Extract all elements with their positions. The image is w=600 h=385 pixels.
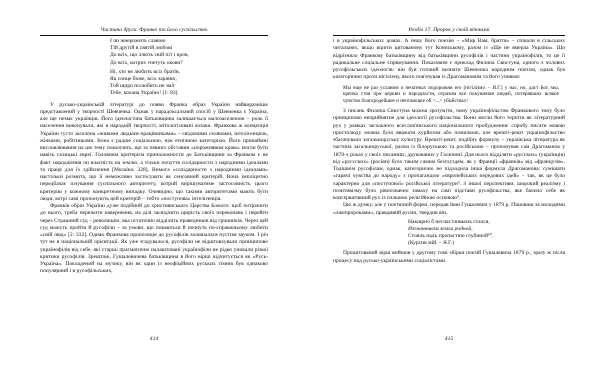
- right-page: Розділ 17. Пророк у своїй вітчизні і в у…: [333, 0, 565, 385]
- running-head-right: Розділ 17. Пророк у своїй вітчизні: [333, 27, 565, 34]
- running-head-left: Частина друга. Франко та його суспільств…: [40, 27, 268, 34]
- poem-line: Тебе, кохана Україно! [1: 83]: [110, 90, 268, 97]
- body-paragraph: З писань Филипа Свистуна можна зрозуміти…: [333, 108, 565, 202]
- poem-stanza-2: Ні, хто не любить всіх братів, Як сонце …: [110, 69, 268, 98]
- body-paragraph: Процитований вірш вийшов у другому томі …: [333, 250, 565, 265]
- poem-line: До всіх, котрих гнетуть окови?: [110, 60, 268, 67]
- block-quote: Мы еще не раз усланим о печатных подорож…: [343, 85, 559, 106]
- poem-excerpt: Наківрно б несчастливымъ стался, Изгнанн…: [408, 219, 565, 247]
- header-rule-left: [40, 35, 268, 36]
- body-paragraph: і в українофільських домах. А іншу його …: [333, 38, 565, 82]
- poem-stanza-1: І чи жнерожить славою Тій другій в святі…: [110, 38, 268, 67]
- body-paragraph: Цю ж думку, але у поетичній формі, перед…: [333, 202, 565, 217]
- body-paragraph: Франків образ України дуже подібний до х…: [40, 203, 268, 276]
- poem-line: Ні, хто не любить всіх братів,: [110, 69, 268, 76]
- body-paragraph: У русько-українській літературі до появи…: [40, 102, 268, 204]
- page-number-left: 414: [40, 336, 268, 342]
- poem-attribution: (Курсив мій. – Я.Г.): [408, 240, 565, 247]
- poem-line: До всіх, що ллють свій піт і кров,: [110, 52, 268, 59]
- left-page: Частина друга. Франко та його суспільств…: [40, 0, 268, 385]
- page-number-right: 415: [333, 336, 565, 342]
- left-page-body: І чи жнерожить славою Тій другій в святі…: [40, 38, 268, 276]
- header-rule-right: [333, 35, 565, 36]
- poem-line: Наківрно б несчастливымъ стался,: [408, 219, 565, 226]
- right-page-body: і в українофільських домах. А іншу його …: [333, 38, 565, 265]
- poem-excerpt: І чи жнерожить славою Тій другій в святі…: [110, 38, 268, 98]
